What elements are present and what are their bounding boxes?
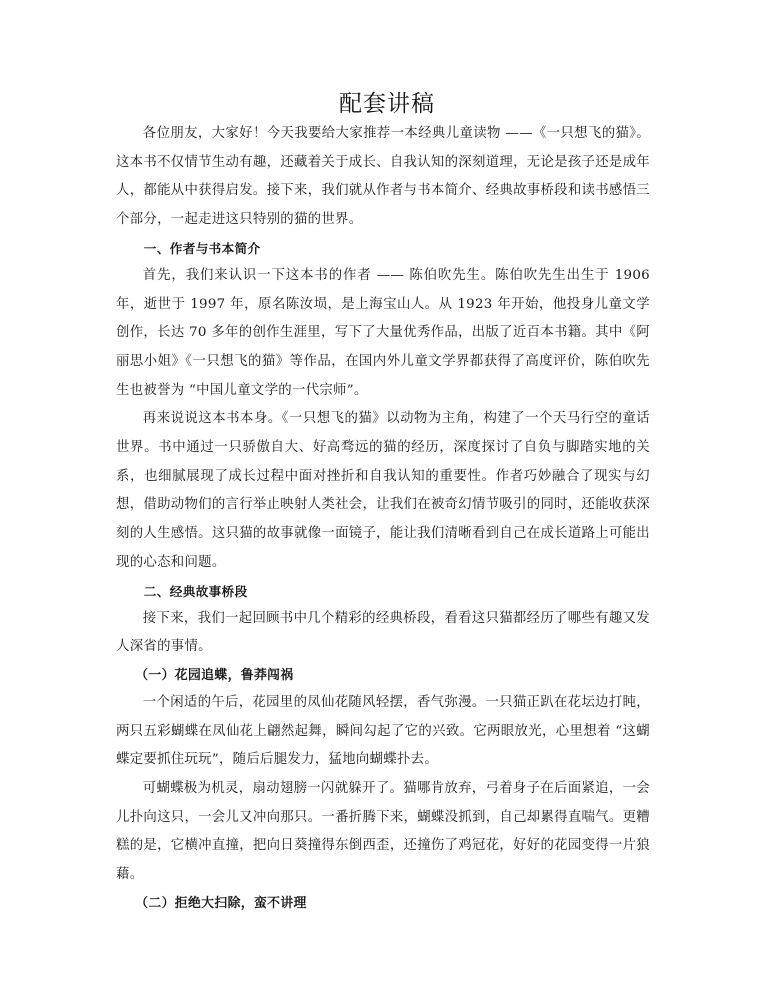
section-heading-author-intro: 一、作者与书本简介 — [116, 235, 650, 262]
paragraph-episodes-intro: 接下来，我们一起回顾书中几个精彩的经典桥段，看看这只猫都经历了哪些有趣又发人深省… — [116, 605, 650, 662]
paragraph-garden-1: 一个闲适的午后，花园里的凤仙花随风轻摆，香气弥漫。一只猫正趴在花坛边打盹，两只五… — [116, 689, 650, 775]
paragraph-author: 首先，我们来认识一下这本书的作者 —— 陈伯吹先生。陈伯吹先生出生于 1906 … — [116, 262, 650, 406]
subsection-heading-garden: （一）花园追蝶，鲁莽闯祸 — [116, 662, 650, 689]
paragraph-garden-2: 可蝴蝶极为机灵，扇动翅膀一闪就躲开了。猫哪肯放弃，弓着身子在后面紧追，一会儿扑向… — [116, 775, 650, 890]
section-heading-classic-episodes: 二、经典故事桥段 — [116, 578, 650, 605]
subsection-heading-cleaning: （二）拒绝大扫除，蛮不讲理 — [116, 890, 650, 917]
document-page: 配套讲稿 各位朋友，大家好！今天我要给大家推荐一本经典儿童读物 ——《一只想飞的… — [116, 88, 650, 917]
document-title: 配套讲稿 — [124, 88, 650, 120]
paragraph-book: 再来说说这本书本身。《一只想飞的猫》以动物为主角，构建了一个天马行空的童话世界。… — [116, 405, 650, 577]
intro-paragraph: 各位朋友，大家好！今天我要给大家推荐一本经典儿童读物 ——《一只想飞的猫》。这本… — [116, 120, 650, 235]
